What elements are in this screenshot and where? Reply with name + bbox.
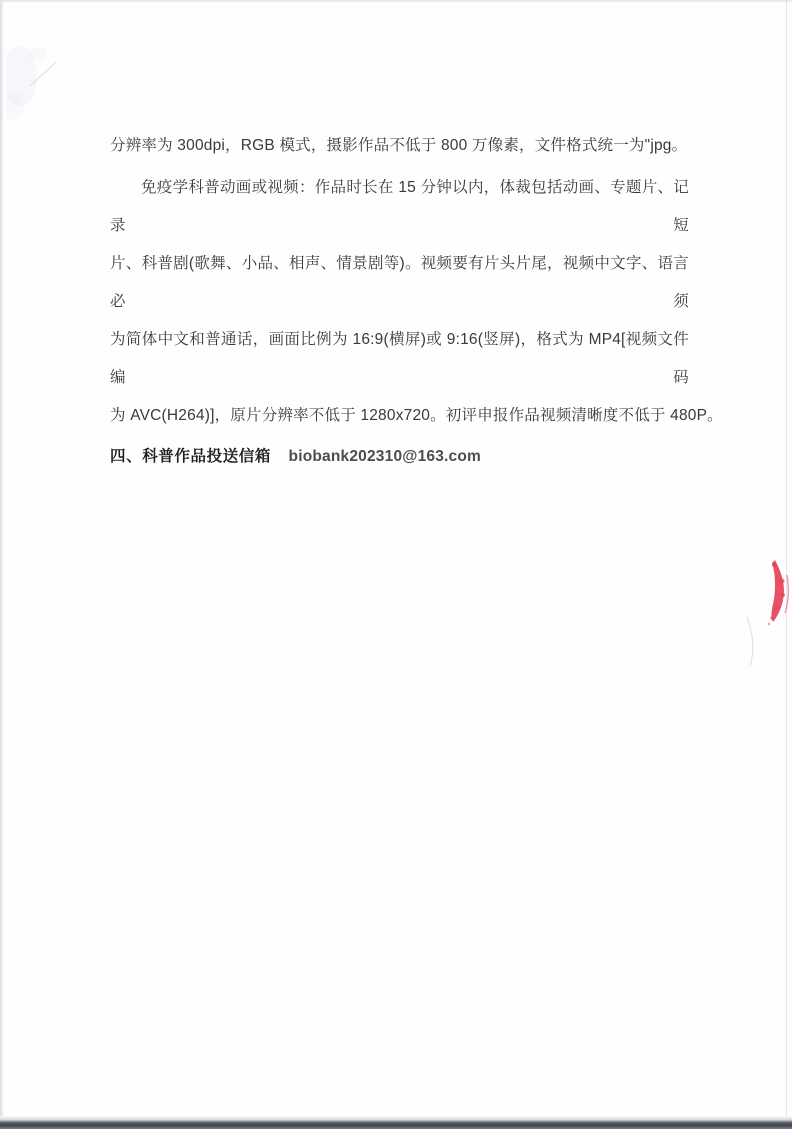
scanned-document-page: 分辨率为 300dpi，RGB 模式，摄影作品不低于 800 万像素，文件格式统… [0, 0, 792, 1129]
scan-smudge-mark [6, 34, 92, 130]
red-seal-fragment [735, 545, 792, 675]
section-heading: 四、科普作品投送信箱 biobank202310@163.com [110, 438, 689, 476]
paragraph-line: 免疫学科普动画或视频：作品时长在 15 分钟以内，体裁包括动画、专题片、记录短 [110, 169, 689, 245]
paragraph-line: 分辨率为 300dpi，RGB 模式，摄影作品不低于 800 万像素，文件格式统… [110, 127, 689, 165]
document-text: 分辨率为 300dpi，RGB 模式，摄影作品不低于 800 万像素，文件格式统… [110, 127, 689, 476]
paragraph-video-specs: 免疫学科普动画或视频：作品时长在 15 分钟以内，体裁包括动画、专题片、记录短 … [110, 169, 689, 435]
paragraph-line: 为简体中文和普通话，画面比例为 16:9(横屏)或 9:16(竖屏)，格式为 M… [110, 321, 689, 397]
paragraph-line: 为 AVC(H264)]，原片分辨率不低于 1280x720。初评申报作品视频清… [110, 397, 689, 435]
scan-edge-bottom [0, 1116, 792, 1129]
paragraph-line: 片、科普剧(歌舞、小品、相声、情景剧等)。视频要有片头片尾，视频中文字、语言必须 [110, 245, 689, 321]
submission-email: biobank202310@163.com [289, 448, 482, 465]
scan-edge-left [0, 0, 4, 1129]
section-heading-label: 四、科普作品投送信箱 [110, 448, 271, 465]
scan-edge-top [0, 0, 792, 3]
